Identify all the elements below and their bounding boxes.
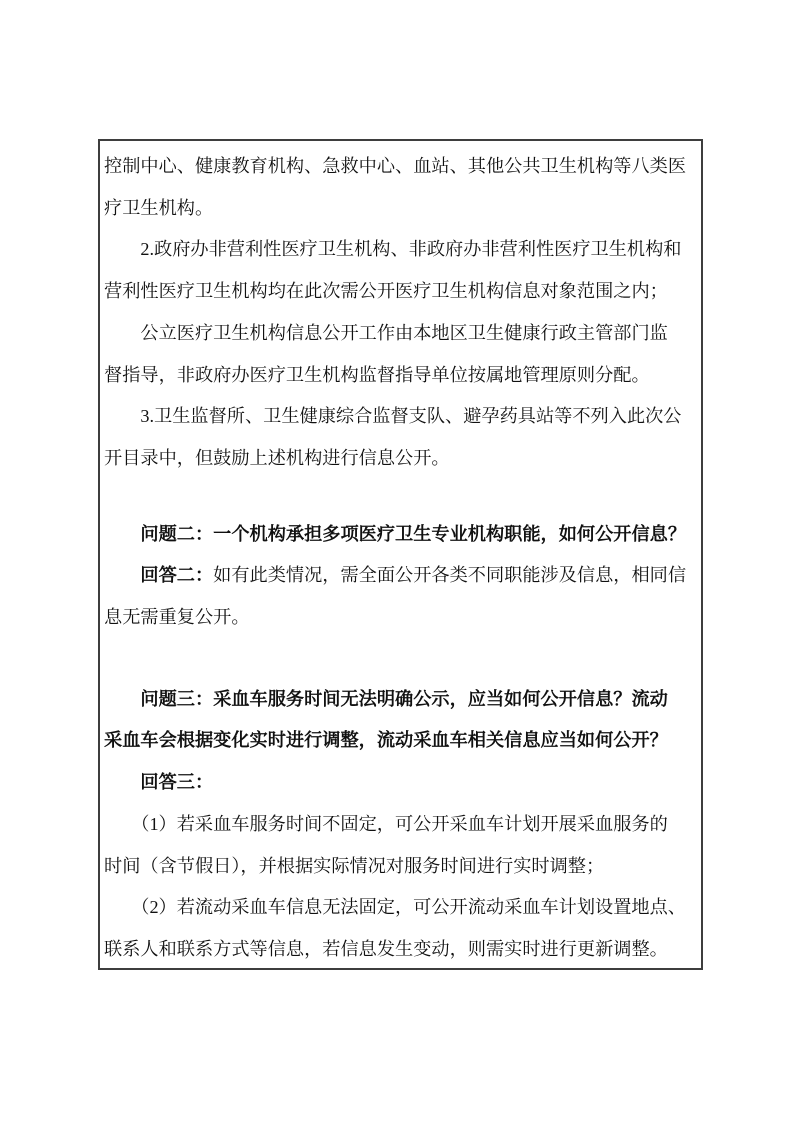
answer-2-label: 回答二： [104, 565, 213, 585]
paragraph-text: 3.卫生监督所、卫生健康综合监督支队、避孕药具站等不列入此次公 开目录中，但鼓励… [104, 406, 681, 468]
page: { "page": { "background": "#ffffff", "bo… [0, 0, 793, 1122]
paragraph-text: 问题三：采血车服务时间无法明确公示，应当如何公开信息？流动 采血车会根据变化实时… [104, 689, 668, 751]
paragraph-text: 回答三： [104, 772, 213, 792]
paragraph-text: （1）若采血车服务时间不固定，可公开采血车计划开展采血服务的 时间（含节假日），… [104, 814, 668, 876]
paragraph-item-3: 3.卫生监督所、卫生健康综合监督支队、避孕药具站等不列入此次公 开目录中，但鼓励… [104, 396, 698, 479]
paragraph-text: （2）若流动采血车信息无法固定，可公开流动采血车计划设置地点、 联系人和联系方式… [104, 897, 686, 959]
answer-2-paragraph: 回答二：如有此类情况，需全面公开各类不同职能涉及信息，相同信 息无需重复公开。 [104, 555, 698, 638]
document-table-cell: 控制中心、健康教育机构、急救中心、血站、其他公共卫生机构等八类医 疗卫生机构。 … [98, 139, 703, 970]
paragraph-supervision: 公立医疗卫生机构信息公开工作由本地区卫生健康行政主管部门监 督指导，非政府办医疗… [104, 313, 698, 396]
paragraph-text: 控制中心、健康教育机构、急救中心、血站、其他公共卫生机构等八类医 疗卫生机构。 [104, 156, 686, 218]
answer-3-item-2: （2）若流动采血车信息无法固定，可公开流动采血车计划设置地点、 联系人和联系方式… [104, 887, 698, 970]
paragraph-item-2: 2.政府办非营利性医疗卫生机构、非政府办非营利性医疗卫生机构和 营利性医疗卫生机… [104, 229, 698, 312]
paragraph-text: 公立医疗卫生机构信息公开工作由本地区卫生健康行政主管部门监 督指导，非政府办医疗… [104, 323, 668, 385]
paragraph-text: 2.政府办非营利性医疗卫生机构、非政府办非营利性医疗卫生机构和 营利性医疗卫生机… [104, 239, 681, 301]
paragraph-continuation: 控制中心、健康教育机构、急救中心、血站、其他公共卫生机构等八类医 疗卫生机构。 [104, 146, 698, 229]
question-3-heading: 问题三：采血车服务时间无法明确公示，应当如何公开信息？流动 采血车会根据变化实时… [104, 679, 698, 762]
answer-3-item-1: （1）若采血车服务时间不固定，可公开采血车计划开展采血服务的 时间（含节假日），… [104, 804, 698, 887]
paragraph-text: 问题二：一个机构承担多项医疗卫生专业机构职能，如何公开信息？ [104, 524, 686, 544]
question-2-heading: 问题二：一个机构承担多项医疗卫生专业机构职能，如何公开信息？ [104, 514, 698, 556]
answer-3-heading: 回答三： [104, 762, 698, 804]
